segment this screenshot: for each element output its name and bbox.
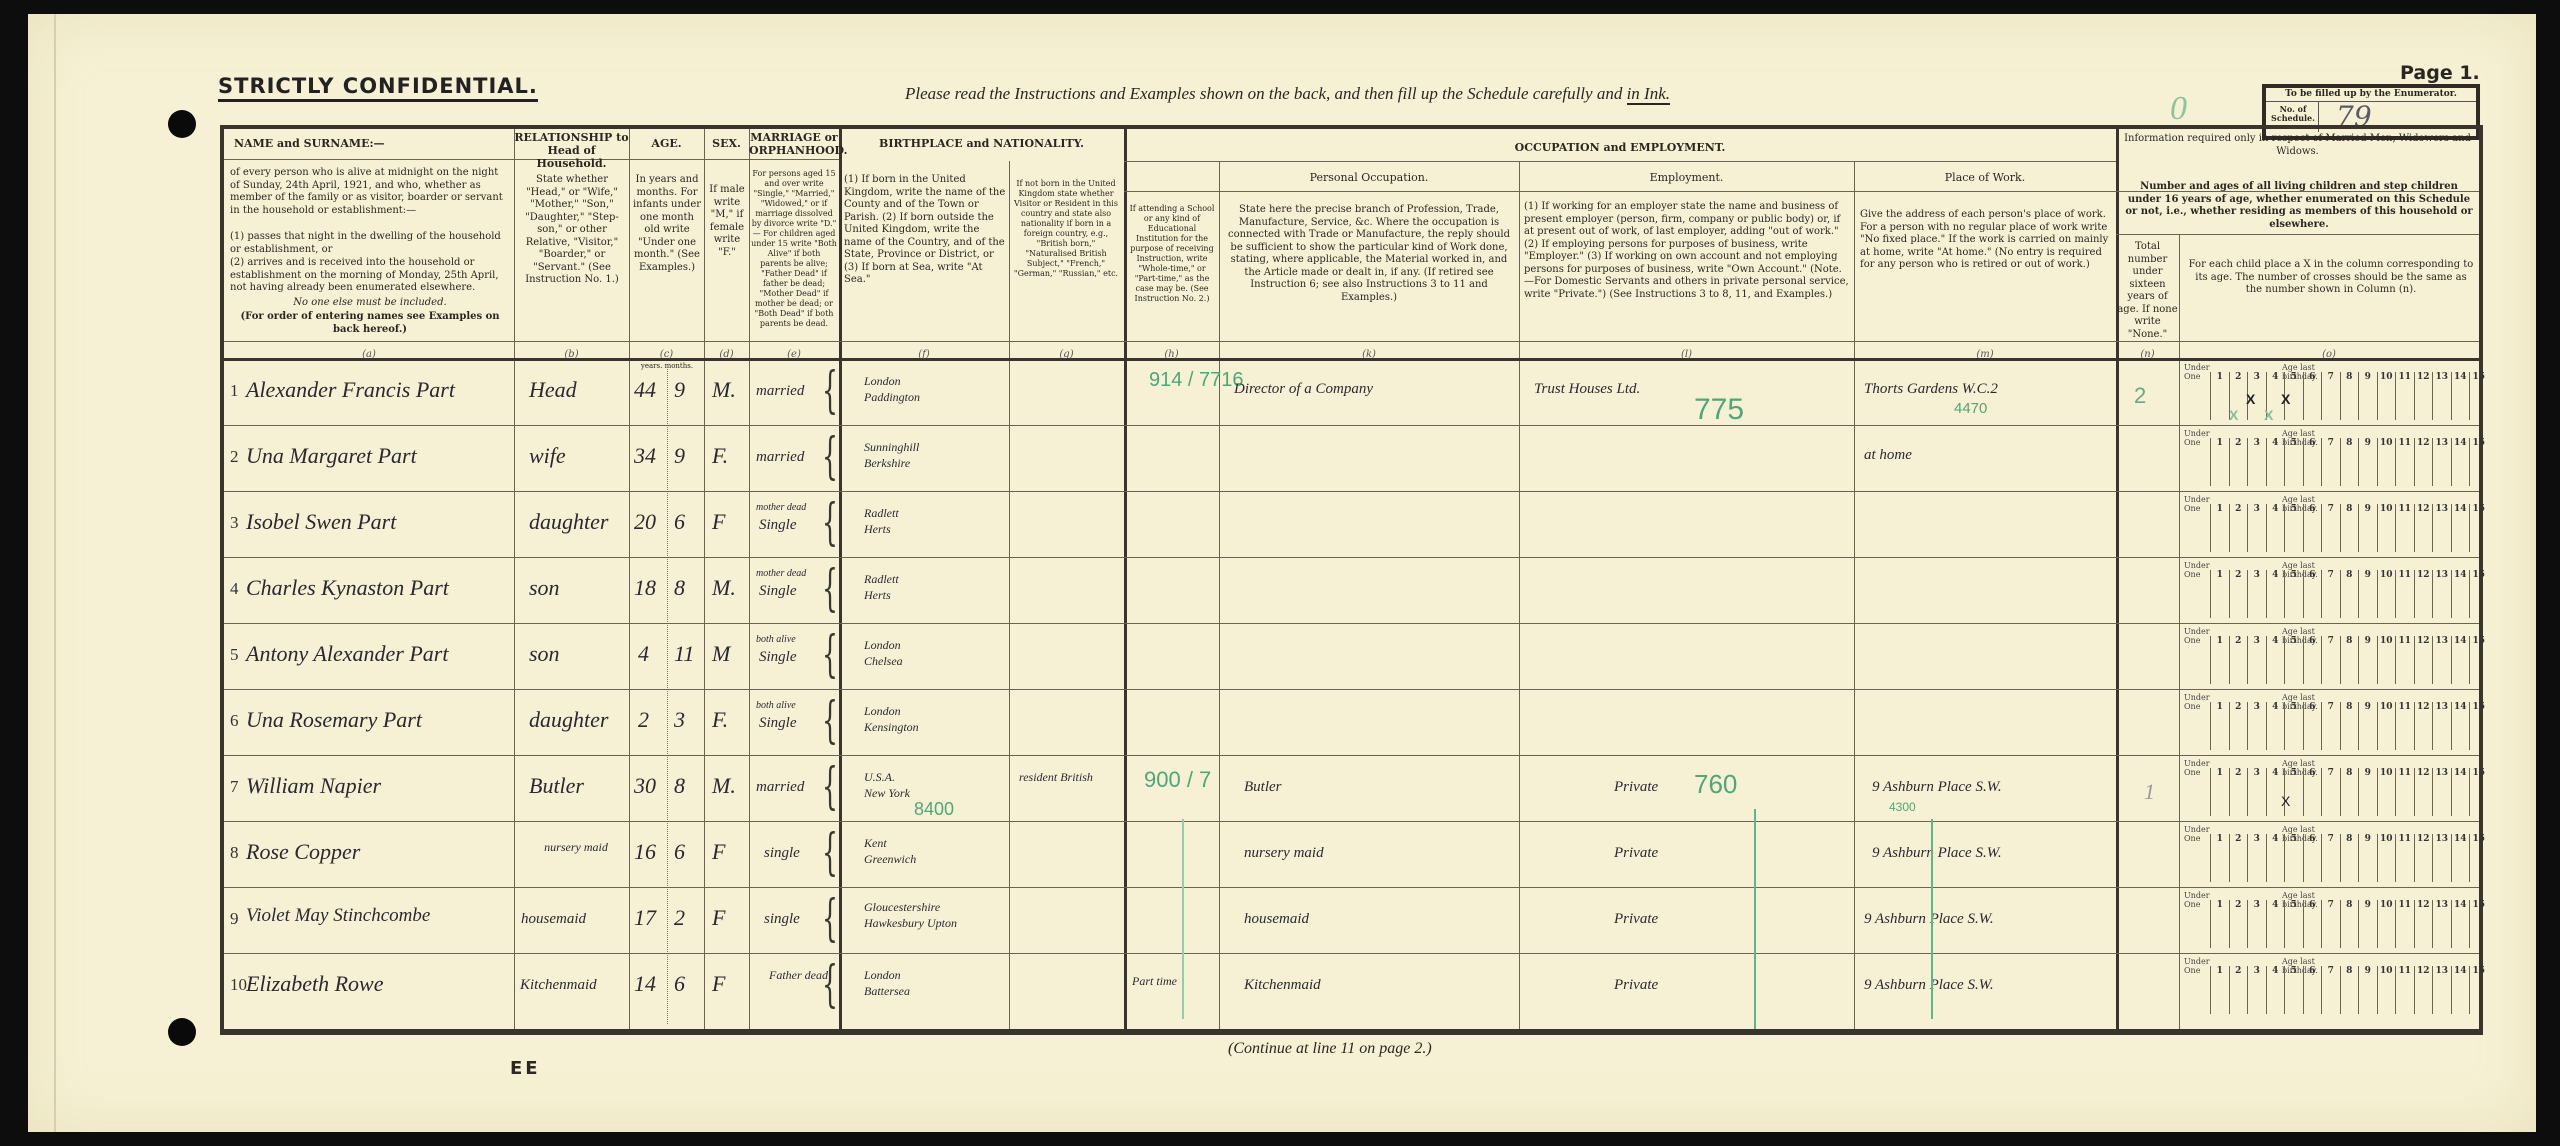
nationality: resident British — [1019, 771, 1119, 784]
birthplace-county: U.S.A. — [864, 771, 895, 784]
birthplace-town: New York — [864, 787, 910, 800]
under-one-label: Under One — [2184, 759, 2210, 777]
header-occupation: OCCUPATION and EMPLOYMENT. — [1124, 141, 2116, 154]
header-birthplace: BIRTHPLACE and NATIONALITY. — [839, 137, 1124, 150]
age-months: 6 — [674, 839, 685, 865]
relationship: daughter — [529, 509, 608, 535]
instructions-name-3: No one else must be included. — [230, 297, 510, 310]
birthplace-county: Gloucestershire — [864, 901, 940, 914]
sex: F — [712, 971, 725, 997]
sex: F — [712, 509, 725, 535]
occupation: housemaid — [1244, 911, 1309, 927]
under-one-label: Under One — [2184, 957, 2210, 975]
employer: Private — [1614, 779, 1658, 795]
column-letter-o: (o) — [2179, 349, 2479, 360]
column-letter-m: (m) — [1854, 349, 2116, 360]
under-one-label: Under One — [2184, 891, 2210, 909]
marital-status: Single — [759, 649, 797, 665]
under-one-label: Under One — [2184, 363, 2210, 381]
relationship: son — [529, 575, 560, 601]
occupation: Butler — [1244, 779, 1282, 795]
birthplace-county: Radlett — [864, 507, 899, 520]
header-age: AGE. — [629, 137, 704, 150]
instructions-name: of every person who is alive at midnight… — [230, 167, 510, 217]
under-one-label: Under One — [2184, 495, 2210, 513]
page-fold — [54, 14, 56, 1132]
column-letter-c: (c) — [629, 349, 704, 360]
instructions-name-2: (2) arrives and is received into the hou… — [230, 257, 510, 295]
person-name: Una Rosemary Part — [246, 707, 422, 733]
birthplace-county: Kent — [864, 837, 887, 850]
sex: M. — [712, 377, 736, 403]
birthplace-town: Berkshire — [864, 457, 910, 470]
brace: { — [822, 761, 838, 811]
sex: M — [712, 641, 730, 667]
brace: { — [822, 629, 838, 679]
column-letter-a: (a) — [224, 349, 514, 360]
child-cross: X — [2281, 391, 2290, 407]
birthplace-town: Chelsea — [864, 655, 903, 668]
marital-status: Single — [759, 715, 797, 731]
age-months: 9 — [674, 377, 685, 403]
brace: { — [822, 365, 838, 415]
under-one-label: Under One — [2184, 561, 2210, 579]
brace: { — [822, 959, 838, 1009]
enumerator-code: 4470 — [1954, 401, 1987, 417]
marital-status: married — [756, 779, 804, 795]
brace: { — [822, 563, 838, 613]
age-years: 2 — [638, 707, 649, 733]
brace: { — [822, 827, 838, 877]
child-cross: X — [2281, 793, 2290, 809]
age-months: 8 — [674, 773, 685, 799]
orphanhood-note: both alive — [756, 699, 796, 712]
enumerator-code: 900 / 7 — [1144, 767, 1211, 793]
birthplace-town: Hawkesbury Upton — [864, 917, 957, 930]
age-months: 2 — [674, 905, 685, 931]
header-personal-occupation: Personal Occupation. — [1219, 171, 1519, 184]
place-of-work: at home — [1864, 447, 1912, 463]
age-years: 17 — [634, 905, 656, 931]
instructions-birthplace: (1) If born in the United Kingdom, write… — [844, 174, 1006, 287]
age-years: 4 — [638, 641, 649, 667]
person-name: Alexander Francis Part — [246, 377, 455, 403]
children-total: 1 — [2144, 779, 2155, 805]
age-years: 34 — [634, 443, 656, 469]
age-months: 3 — [674, 707, 685, 733]
person-name: Una Margaret Part — [246, 443, 417, 469]
column-letter-h: (h) — [1124, 349, 1219, 360]
marital-status: Single — [759, 583, 797, 599]
age-months: 6 — [674, 509, 685, 535]
marital-status: married — [756, 449, 804, 465]
relationship: Kitchenmaid — [520, 977, 597, 993]
row-number: 8 — [230, 843, 239, 863]
column-letter-b: (b) — [514, 349, 629, 360]
sex: F — [712, 839, 725, 865]
instructions-children-ages: For each child place a X in the column c… — [2186, 259, 2476, 297]
brace: { — [822, 431, 838, 481]
person-name: Antony Alexander Part — [246, 641, 448, 667]
sex: M. — [712, 773, 736, 799]
enumerator-code: 8400 — [914, 801, 954, 817]
instructions-school: If attending a School or any kind of Edu… — [1126, 204, 1218, 304]
person-name: Elizabeth Rowe — [246, 971, 383, 997]
age-years: 44 — [634, 377, 656, 403]
form-mark: EE — [510, 1058, 541, 1079]
enumerator-code: 4300 — [1889, 801, 1916, 814]
header-married-info: Information required only in respect of … — [2116, 133, 2479, 158]
column-letter-l: (l) — [1519, 349, 1854, 360]
page-number: Page 1. — [2400, 62, 2480, 84]
header-name: NAME and SURNAME:— — [224, 137, 524, 150]
instructions-age: In years and months. For infants under o… — [632, 174, 702, 274]
row-number: 7 — [230, 777, 239, 797]
row-number: 3 — [230, 513, 239, 533]
enumerator-green-mark: 0 — [2170, 90, 2187, 128]
under-one-label: Under One — [2184, 429, 2210, 447]
row-number: 9 — [230, 909, 239, 929]
instructions-name-4: (For order of entering names see Example… — [230, 311, 510, 336]
employer: Trust Houses Ltd. — [1534, 381, 1640, 397]
place-of-work: Thorts Gardens W.C.2 — [1864, 381, 1998, 397]
person-name: Isobel Swen Part — [246, 509, 396, 535]
orphanhood-note: both alive — [756, 633, 796, 646]
instructions-sex: If male write "M," if female write "F." — [706, 184, 748, 259]
continue-note: (Continue at line 11 on page 2.) — [1228, 1040, 1432, 1058]
column-letter-g: (g) — [1009, 349, 1124, 360]
header-place-of-work: Place of Work. — [1854, 171, 2116, 184]
marital-status: Father dead — [769, 969, 829, 982]
row-number: 2 — [230, 447, 239, 467]
sex: F. — [712, 707, 728, 733]
birthplace-county: London — [864, 375, 901, 388]
schedule-label: No. of Schedule. — [2270, 105, 2316, 123]
sex: F. — [712, 443, 728, 469]
age-months: 9 — [674, 443, 685, 469]
instructions-occupation: State here the precise branch of Profess… — [1224, 204, 1514, 304]
enumerator-code: 760 — [1694, 769, 1737, 800]
birthplace-town: Herts — [864, 589, 891, 602]
instructions-employment: (1) If working for an employer state the… — [1524, 201, 1849, 301]
person-name: Rose Copper — [246, 839, 360, 865]
header-employment: Employment. — [1519, 171, 1854, 184]
enumerator-code: 914 / 7716 — [1149, 369, 1244, 392]
birthplace-town: Kensington — [864, 721, 919, 734]
header-children: Number and ages of all living children a… — [2124, 181, 2474, 231]
age-years: 30 — [634, 773, 656, 799]
relationship: housemaid — [521, 911, 586, 927]
birthplace-county: London — [864, 639, 901, 652]
schedule-table: NAME and SURNAME:— RELATIONSHIP to Head … — [220, 125, 2483, 1035]
birthplace-county: Sunninghill — [864, 441, 919, 454]
birthplace-county: London — [864, 705, 901, 718]
children-total: 2 — [2134, 383, 2146, 409]
employer: Private — [1614, 911, 1658, 927]
instructions-marriage: For persons aged 15 and over write "Sing… — [751, 169, 837, 329]
header-relationship: RELATIONSHIP to Head of Household. — [514, 131, 629, 170]
birthplace-town: Herts — [864, 523, 891, 536]
birthplace-town: Greenwich — [864, 853, 916, 866]
age-years: 20 — [634, 509, 656, 535]
birthplace-town: Paddington — [864, 391, 920, 404]
instructions-relationship: State whether "Head," or "Wife," "Mother… — [518, 174, 626, 287]
school-attendance: Part time — [1132, 975, 1177, 988]
brace: { — [822, 695, 838, 745]
age-years: 18 — [634, 575, 656, 601]
brace: { — [822, 893, 838, 943]
marital-status: single — [764, 911, 800, 927]
ink-instruction: Please read the Instructions and Example… — [905, 84, 1670, 104]
under-one-label: Under One — [2184, 825, 2210, 843]
header-sex: SEX. — [704, 137, 749, 150]
header-marriage: MARRIAGE or ORPHANHOOD. — [749, 131, 839, 157]
row-number: 1 — [230, 381, 239, 401]
sex: M. — [712, 575, 736, 601]
instruction-ink: in Ink. — [1627, 84, 1670, 105]
confidential-heading: STRICTLY CONFIDENTIAL. — [218, 74, 538, 102]
marital-status: single — [764, 845, 800, 861]
row-number: 6 — [230, 711, 239, 731]
age-years: 14 — [634, 971, 656, 997]
column-letter-e: (e) — [749, 349, 839, 360]
sex: F — [712, 905, 725, 931]
enumerator-code: 775 — [1694, 393, 1744, 427]
occupation: Kitchenmaid — [1244, 977, 1321, 993]
instructions-name-1: (1) passes that night in the dwelling of… — [230, 231, 510, 256]
column-letter-k: (k) — [1219, 349, 1519, 360]
brace: { — [822, 497, 838, 547]
row-number: 5 — [230, 645, 239, 665]
occupation: Director of a Company — [1234, 381, 1373, 397]
birthplace-county: London — [864, 969, 901, 982]
instructions-nationality: If not born in the United Kingdom state … — [1011, 179, 1121, 279]
person-name: Charles Kynaston Part — [246, 575, 449, 601]
orphanhood-note: mother dead — [756, 501, 806, 514]
birthplace-town: Battersea — [864, 985, 910, 998]
child-cross: X — [2229, 407, 2238, 423]
row-number: 10 — [230, 975, 247, 995]
relationship: Head — [529, 377, 577, 403]
column-letter-d: (d) — [704, 349, 749, 360]
marital-status: Single — [759, 517, 797, 533]
place-of-work: 9 Ashburn Place S.W. — [1864, 911, 1994, 927]
relationship: wife — [529, 443, 566, 469]
relationship: Butler — [529, 773, 584, 799]
relationship: son — [529, 641, 560, 667]
column-letter-f: (f) — [839, 349, 1009, 360]
age-years: 16 — [634, 839, 656, 865]
punch-hole-icon — [168, 1018, 196, 1046]
punch-hole-icon — [168, 110, 196, 138]
instructions-place-of-work: Give the address of each person's place … — [1860, 209, 2110, 272]
employer: Private — [1614, 845, 1658, 861]
age-months: 11 — [674, 641, 694, 667]
birthplace-county: Radlett — [864, 573, 899, 586]
relationship: daughter — [529, 707, 608, 733]
under-one-label: Under One — [2184, 627, 2210, 645]
place-of-work: 9 Ashburn Place S.W. — [1872, 779, 2002, 795]
orphanhood-note: mother dead — [756, 567, 806, 580]
instruction-text: Please read the Instructions and Example… — [905, 84, 1627, 103]
relationship: nursery maid — [526, 841, 626, 854]
instructions-children-total: Total number under sixteen years of age.… — [2117, 241, 2178, 341]
column-letter-n: (n) — [2116, 349, 2179, 360]
person-name: William Napier — [246, 773, 381, 799]
place-of-work: 9 Ashburn Place S.W. — [1872, 845, 2002, 861]
person-name: Violet May Stinchcombe — [246, 905, 430, 927]
place-of-work: 9 Ashburn Place S.W. — [1864, 977, 1994, 993]
under-one-label: Under One — [2184, 693, 2210, 711]
employer: Private — [1614, 977, 1658, 993]
age-months: 6 — [674, 971, 685, 997]
child-cross: X — [2264, 407, 2273, 423]
child-cross: X — [2246, 391, 2255, 407]
row-number: 4 — [230, 579, 239, 599]
age-months: 8 — [674, 575, 685, 601]
occupation: nursery maid — [1244, 845, 1324, 861]
marital-status: married — [756, 383, 804, 399]
